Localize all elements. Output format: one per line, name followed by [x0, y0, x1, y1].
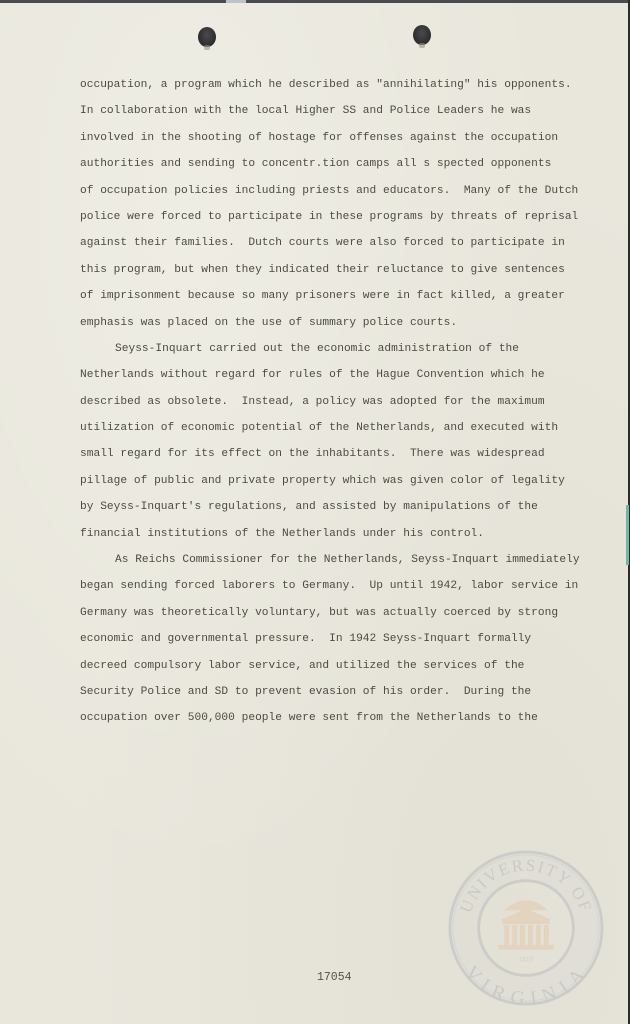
text-line: against their families. Dutch courts wer… — [80, 232, 580, 258]
text-line: authorities and sending to concentr.tion… — [80, 153, 580, 179]
text-line: by Seyss-Inquart's regulations, and assi… — [80, 496, 580, 522]
document-body: occupation, a program which he described… — [80, 74, 580, 734]
text-line: occupation over 500,000 people were sent… — [80, 707, 580, 733]
text-line: of occupation policies including priests… — [80, 180, 580, 206]
text-line: began sending forced laborers to Germany… — [80, 575, 580, 601]
punch-hole-icon — [413, 25, 431, 45]
scan-color-mark — [626, 505, 629, 565]
text-line: In collaboration with the local Higher S… — [80, 100, 580, 126]
text-line: this program, but when they indicated th… — [80, 259, 580, 285]
university-seal-watermark-icon: UNIVERSITY OF VIRGINIA 1819 — [447, 849, 605, 1007]
text-line: Seyss-Inquart carried out the economic a… — [80, 338, 580, 364]
text-line: pillage of public and private property w… — [80, 470, 580, 496]
text-line: decreed compulsory labor service, and ut… — [80, 655, 580, 681]
text-line: As Reichs Commissioner for the Netherlan… — [80, 549, 580, 575]
page-number: 17054 — [317, 971, 352, 984]
text-line: involved in the shooting of hostage for … — [80, 127, 580, 153]
text-line: utilization of economic potential of the… — [80, 417, 580, 443]
punch-hole-icon — [198, 27, 216, 47]
text-line: small regard for its effect on the inhab… — [80, 443, 580, 469]
document-page: occupation, a program which he described… — [0, 3, 628, 1024]
text-line: Germany was theoretically voluntary, but… — [80, 602, 580, 628]
text-line: financial institutions of the Netherland… — [80, 523, 580, 549]
text-line: economic and governmental pressure. In 1… — [80, 628, 580, 654]
text-line: occupation, a program which he described… — [80, 74, 580, 100]
text-line: described as obsolete. Instead, a policy… — [80, 391, 580, 417]
text-line: of imprisonment because so many prisoner… — [80, 285, 580, 311]
text-line: Netherlands without regard for rules of … — [80, 364, 580, 390]
text-line: Security Police and SD to prevent evasio… — [80, 681, 580, 707]
text-line: police were forced to participate in the… — [80, 206, 580, 232]
text-line: emphasis was placed on the use of summar… — [80, 312, 580, 338]
svg-text:1819: 1819 — [519, 957, 533, 964]
